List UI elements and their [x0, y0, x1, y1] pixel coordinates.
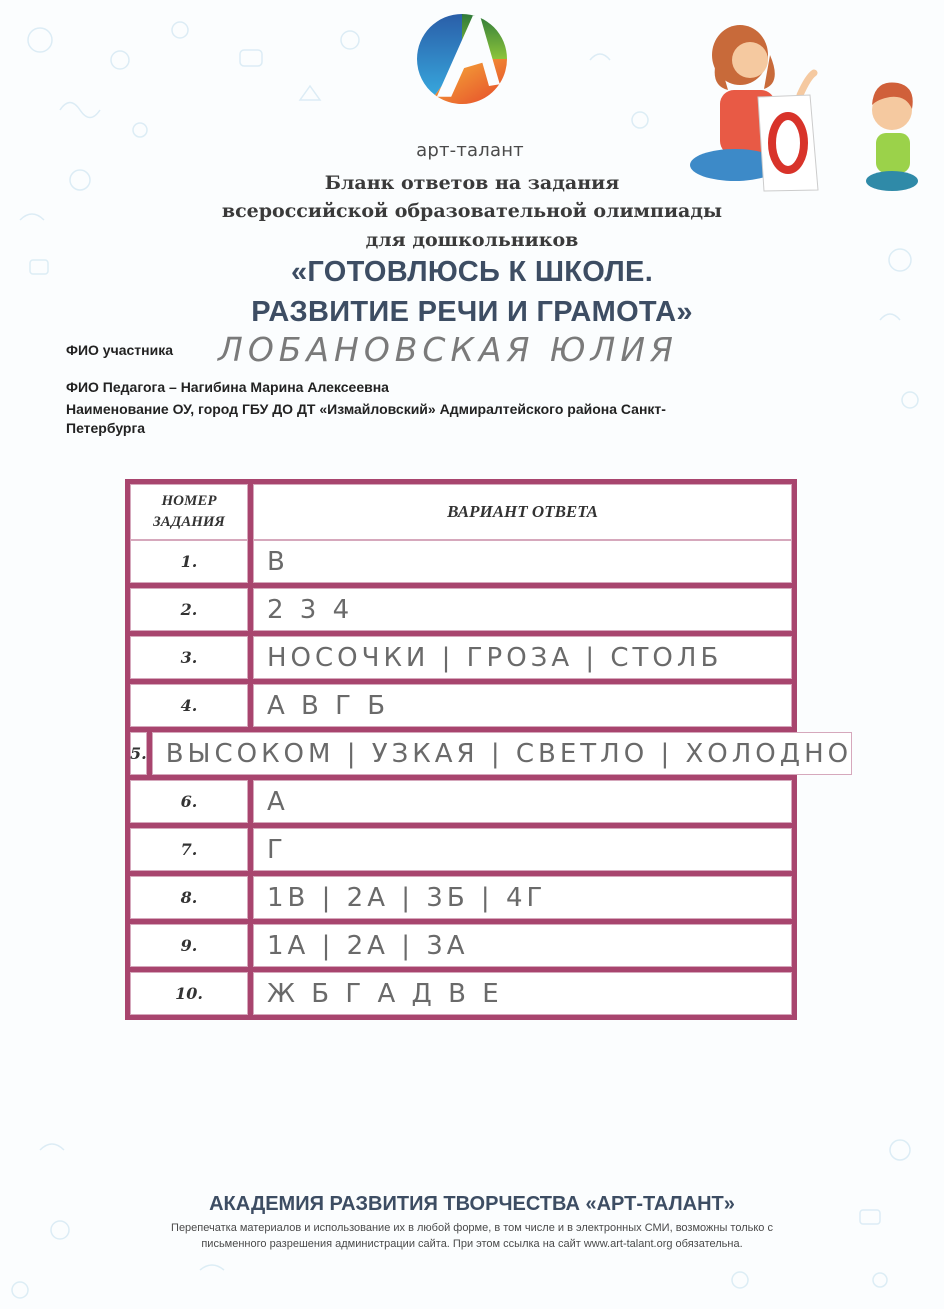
- task-number-cell: 2.: [130, 588, 248, 631]
- footer-note-line1: Перепечатка материалов и использование и…: [90, 1220, 854, 1236]
- header-answer-variant: ВАРИАНТ ОТВЕТА: [253, 484, 792, 540]
- logo-brand-text: арт-талант: [410, 140, 530, 161]
- handwritten-answer: В: [267, 547, 289, 577]
- olympiad-title-line2: РАЗВИТИЕ РЕЧИ И ГРАМОТА»: [0, 296, 944, 329]
- header-task-number-line1: НОМЕР: [161, 491, 216, 512]
- form-subtitle-line1: Бланк ответов на задания: [0, 172, 944, 194]
- table-row: 10.Ж Б Г А Д В Е: [130, 967, 792, 1015]
- answer-cell[interactable]: Г: [253, 828, 792, 871]
- task-number-cell: 5.: [130, 732, 147, 775]
- teacher-line: ФИО Педагога – Нагибина Марина Алексеевн…: [66, 379, 389, 395]
- task-number-cell: 10.: [130, 972, 248, 1015]
- table-row: 5.ВЫСОКОМ | УЗКАЯ | СВЕТЛО | ХОЛОДНО: [130, 727, 792, 775]
- handwritten-answer: 2 3 4: [267, 595, 353, 625]
- form-subtitle-line2: всероссийской образовательной олимпиады: [0, 200, 944, 222]
- task-number-cell: 7.: [130, 828, 248, 871]
- teacher-child-illustration: [690, 15, 920, 195]
- answer-cell[interactable]: ВЫСОКОМ | УЗКАЯ | СВЕТЛО | ХОЛОДНО: [152, 732, 852, 775]
- participant-name: Лобановская Юлия: [218, 330, 678, 369]
- handwritten-answer: А: [267, 787, 289, 817]
- answer-cell[interactable]: 1В | 2А | 3Б | 4Г: [253, 876, 792, 919]
- olympiad-title-line1: «ГОТОВЛЮСЬ К ШКОЛЕ.: [0, 256, 944, 289]
- handwritten-answer: ВЫСОКОМ | УЗКАЯ | СВЕТЛО | ХОЛОДНО: [166, 739, 852, 769]
- task-number-cell: 6.: [130, 780, 248, 823]
- footer-copyright-note: Перепечатка материалов и использование и…: [90, 1220, 854, 1252]
- institution-line1: Наименование ОУ, город ГБУ ДО ДТ «Измайл…: [66, 401, 666, 417]
- table-row: 8.1В | 2А | 3Б | 4Г: [130, 871, 792, 919]
- handwritten-answer: НОСОЧКИ | ГРОЗА | СТОЛБ: [267, 643, 722, 673]
- institution-line2: Петербурга: [66, 420, 145, 436]
- handwritten-answer: 1А | 2А | 3А: [267, 931, 469, 961]
- handwritten-answer: Ж Б Г А Д В Е: [267, 979, 503, 1009]
- answer-cell[interactable]: 1А | 2А | 3А: [253, 924, 792, 967]
- table-header-row: НОМЕР ЗАДАНИЯ ВАРИАНТ ОТВЕТА: [130, 484, 792, 540]
- footer-note-line2: письменного разрешения администрации сай…: [90, 1236, 854, 1252]
- task-number-cell: 9.: [130, 924, 248, 967]
- answer-cell[interactable]: НОСОЧКИ | ГРОЗА | СТОЛБ: [253, 636, 792, 679]
- header-task-number-line2: ЗАДАНИЯ: [153, 512, 225, 533]
- logo-a-icon: [417, 14, 507, 104]
- table-row: 1.В: [130, 540, 792, 583]
- form-subtitle-line3: для дошкольников: [0, 229, 944, 251]
- answer-cell[interactable]: Ж Б Г А Д В Е: [253, 972, 792, 1015]
- task-number-cell: 8.: [130, 876, 248, 919]
- task-number-cell: 1.: [130, 540, 248, 583]
- header-task-number: НОМЕР ЗАДАНИЯ: [130, 484, 248, 540]
- task-number-cell: 4.: [130, 684, 248, 727]
- table-row: 9.1А | 2А | 3А: [130, 919, 792, 967]
- handwritten-answer: Г: [267, 835, 287, 865]
- handwritten-answer: А В Г Б: [267, 691, 389, 721]
- table-row: 3.НОСОЧКИ | ГРОЗА | СТОЛБ: [130, 631, 792, 679]
- answer-cell[interactable]: В: [253, 540, 792, 583]
- task-number-cell: 3.: [130, 636, 248, 679]
- handwritten-answer: 1В | 2А | 3Б | 4Г: [267, 883, 546, 913]
- table-row: 7.Г: [130, 823, 792, 871]
- table-row: 6.А: [130, 775, 792, 823]
- answer-cell[interactable]: 2 3 4: [253, 588, 792, 631]
- answer-cell[interactable]: А В Г Б: [253, 684, 792, 727]
- table-row: 2.2 3 4: [130, 583, 792, 631]
- table-row: 4.А В Г Б: [130, 679, 792, 727]
- answer-cell[interactable]: А: [253, 780, 792, 823]
- participant-label: ФИО участника: [66, 342, 173, 358]
- art-talant-logo: арт-талант: [410, 12, 530, 157]
- answer-table: НОМЕР ЗАДАНИЯ ВАРИАНТ ОТВЕТА 1.В2.2 3 43…: [125, 479, 797, 1020]
- footer-academy-title: АКАДЕМИЯ РАЗВИТИЯ ТВОРЧЕСТВА «АРТ-ТАЛАНТ…: [0, 1193, 944, 1216]
